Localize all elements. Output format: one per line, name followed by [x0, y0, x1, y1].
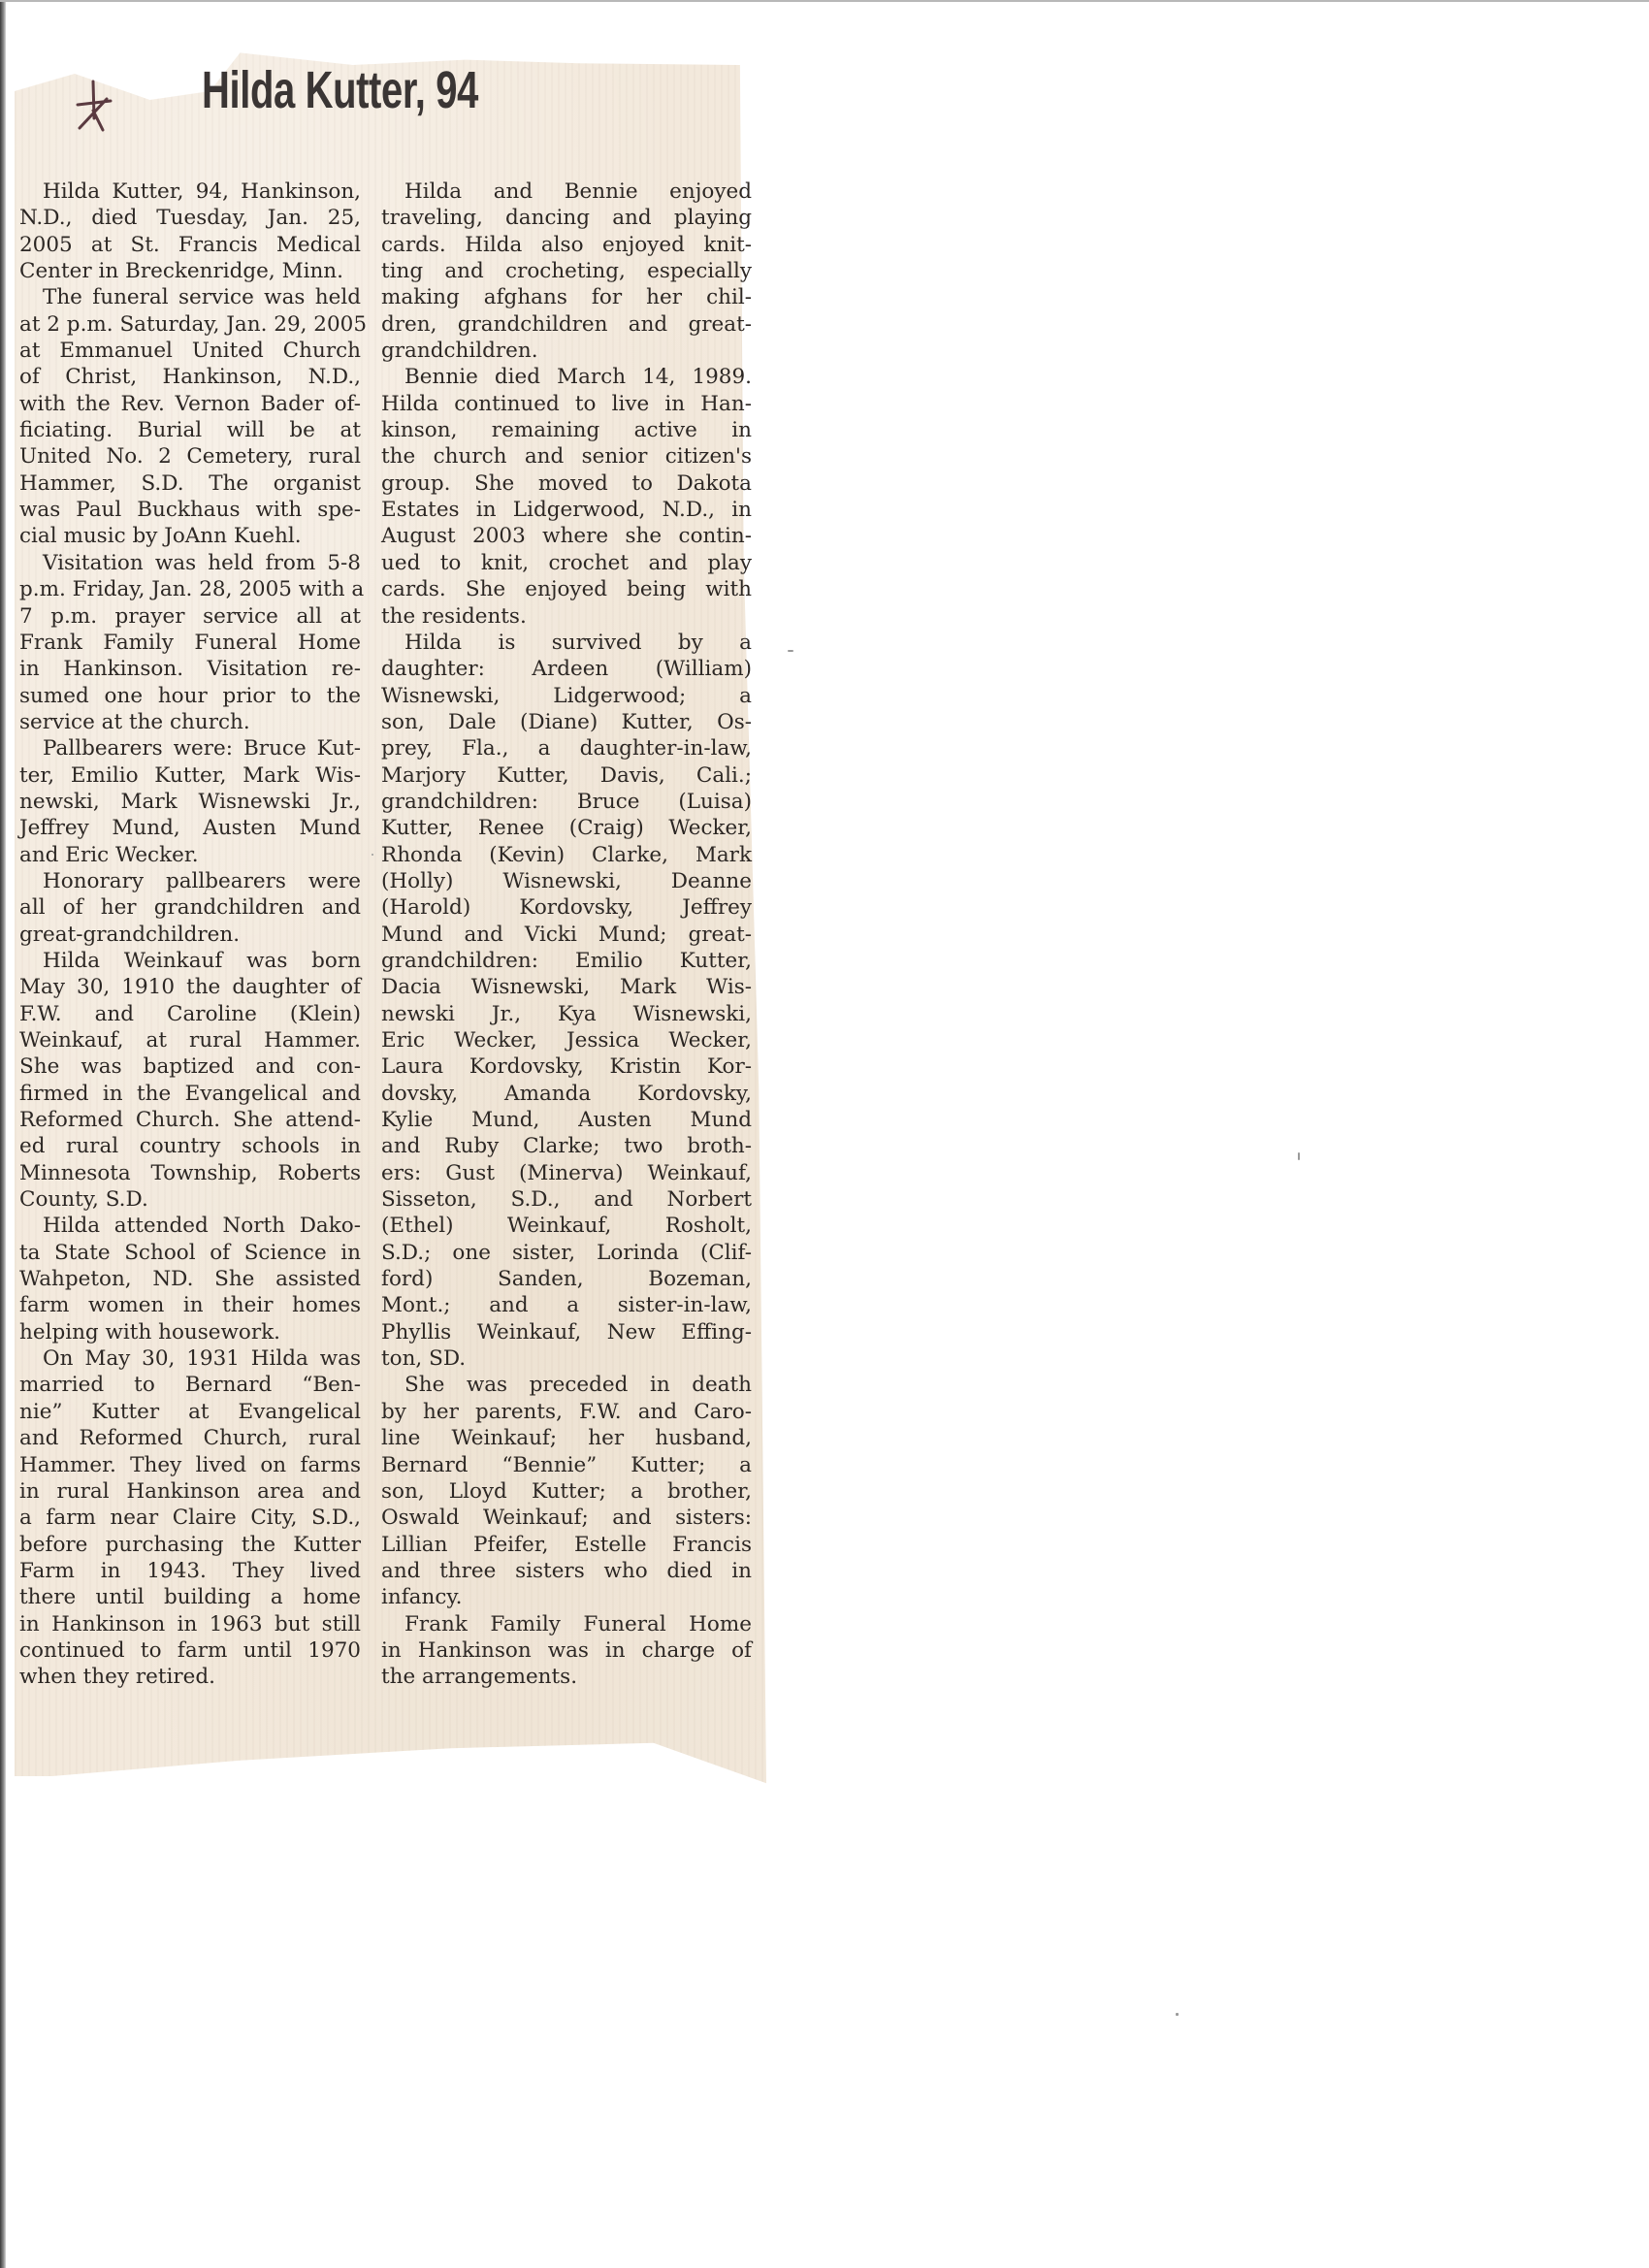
- text-line: son, Lloyd Kutter; a brother,: [381, 1478, 752, 1505]
- text-line: farm women in their homes: [19, 1292, 361, 1318]
- text-line: Pallbearers were: Bruce Kut-: [19, 735, 361, 761]
- text-line: Laura Kordovsky, Kristin Kor-: [381, 1053, 752, 1080]
- text-line: Oswald Weinkauf; and sisters:: [381, 1505, 752, 1531]
- text-line: Kutter, Renee (Craig) Wecker,: [381, 815, 752, 841]
- text-line: Bernard “Bennie” Kutter; a: [381, 1452, 752, 1478]
- scan-speck: [788, 650, 793, 652]
- text-line: Bennie died March 14, 1989.: [381, 364, 752, 390]
- text-line: Kylie Mund, Austen Mund: [381, 1107, 752, 1133]
- text-line: Hilda continued to live in Han-: [381, 391, 752, 417]
- text-line: dovsky, Amanda Kordovsky,: [381, 1081, 752, 1107]
- text-line: with the Rev. Vernon Bader of-: [19, 391, 361, 417]
- text-line: United No. 2 Cemetery, rural: [19, 443, 361, 470]
- text-line: making afghans for her chil-: [381, 284, 752, 310]
- text-line: ed rural country schools in: [19, 1133, 361, 1159]
- text-line: Marjory Kutter, Davis, Cali.;: [381, 762, 752, 789]
- scan-speck: [1176, 2013, 1179, 2016]
- text-line: Estates in Lidgerwood, N.D., in: [381, 497, 752, 523]
- text-line: prey, Fla., a daughter-in-law,: [381, 735, 752, 761]
- scan-edge-left: [0, 0, 6, 2268]
- text-line: ford) Sanden, Bozeman,: [381, 1266, 752, 1292]
- text-line: firmed in the Evangelical and: [19, 1081, 361, 1107]
- text-line: great-grandchildren.: [19, 922, 361, 948]
- text-line: cards. Hilda also enjoyed knit-: [381, 232, 752, 258]
- text-line: continued to farm until 1970: [19, 1637, 361, 1664]
- text-line: ued to knit, crochet and play: [381, 550, 752, 576]
- text-line: May 30, 1910 the daughter of: [19, 974, 361, 1000]
- text-line: and Eric Wecker.: [19, 842, 361, 868]
- text-line: grandchildren: Bruce (Luisa): [381, 789, 752, 815]
- text-line: Hilda Weinkauf was born: [19, 948, 361, 974]
- text-line: ton, SD.: [381, 1345, 752, 1372]
- text-line: She was baptized and con-: [19, 1053, 361, 1080]
- text-line: in Hankinson was in charge of: [381, 1637, 752, 1664]
- text-line: newski, Mark Wisnewski Jr.,: [19, 789, 361, 815]
- text-line: Phyllis Weinkauf, New Effing-: [381, 1319, 752, 1345]
- text-line: cial music by JoAnn Kuehl.: [19, 523, 361, 549]
- text-line: Hammer. They lived on farms: [19, 1452, 361, 1478]
- text-line: group. She moved to Dakota: [381, 470, 752, 497]
- text-line: Center in Breckenridge, Minn.: [19, 258, 361, 284]
- text-line: Hammer, S.D. The organist: [19, 470, 361, 497]
- handwritten-star-icon: [70, 80, 116, 134]
- text-line: son, Dale (Diane) Kutter, Os-: [381, 709, 752, 735]
- text-line: and Reformed Church, rural: [19, 1425, 361, 1451]
- text-line: Frank Family Funeral Home: [19, 630, 361, 656]
- text-line: a farm near Claire City, S.D.,: [19, 1505, 361, 1531]
- text-line: Visitation was held from 5-8: [19, 550, 361, 576]
- text-line: helping with housework.: [19, 1319, 361, 1345]
- text-line: Sisseton, S.D., and Norbert: [381, 1186, 752, 1213]
- text-line: She was preceded in death: [381, 1372, 752, 1398]
- text-line: Dacia Wisnewski, Mark Wis-: [381, 974, 752, 1000]
- text-line: Mont.; and a sister-in-law,: [381, 1292, 752, 1318]
- text-line: Hilda and Bennie enjoyed: [381, 178, 752, 205]
- text-line: p.m. Friday, Jan. 28, 2005 with a: [19, 576, 361, 602]
- obituary-column-2: Hilda and Bennie enjoyedtraveling, danci…: [381, 178, 752, 1691]
- text-line: On May 30, 1931 Hilda was: [19, 1345, 361, 1372]
- text-line: 2005 at St. Francis Medical: [19, 232, 361, 258]
- text-line: nie” Kutter at Evangelical: [19, 1399, 361, 1425]
- text-line: at Emmanuel United Church: [19, 338, 361, 364]
- text-line: all of her grandchildren and: [19, 894, 361, 921]
- text-line: Honorary pallbearers were: [19, 868, 361, 894]
- text-line: Eric Wecker, Jessica Wecker,: [381, 1027, 752, 1053]
- text-line: 7 p.m. prayer service all at: [19, 603, 361, 630]
- text-line: (Holly) Wisnewski, Deanne: [381, 868, 752, 894]
- text-line: (Harold) Kordovsky, Jeffrey: [381, 894, 752, 921]
- scan-speck: [372, 854, 373, 856]
- text-line: (Ethel) Weinkauf, Rosholt,: [381, 1213, 752, 1239]
- text-line: by her parents, F.W. and Caro-: [381, 1399, 752, 1425]
- text-line: daughter: Ardeen (William): [381, 656, 752, 682]
- text-line: Hilda Kutter, 94, Hankinson,: [19, 178, 361, 205]
- text-line: Wahpeton, ND. She assisted: [19, 1266, 361, 1292]
- text-line: there until building a home: [19, 1584, 361, 1610]
- text-line: Lillian Pfeifer, Estelle Francis: [381, 1532, 752, 1558]
- text-line: ta State School of Science in: [19, 1240, 361, 1266]
- text-line: Rhonda (Kevin) Clarke, Mark: [381, 842, 752, 868]
- text-line: grandchildren: Emilio Kutter,: [381, 948, 752, 974]
- text-line: County, S.D.: [19, 1186, 361, 1213]
- text-line: ers: Gust (Minerva) Weinkauf,: [381, 1160, 752, 1186]
- obituary-column-1: Hilda Kutter, 94, Hankinson,N.D., died T…: [19, 178, 361, 1691]
- text-line: Frank Family Funeral Home: [381, 1611, 752, 1637]
- text-line: when they retired.: [19, 1664, 361, 1690]
- text-line: line Weinkauf; her husband,: [381, 1425, 752, 1451]
- text-line: was Paul Buckhaus with spe-: [19, 497, 361, 523]
- text-line: in Hankinson. Visitation re-: [19, 656, 361, 682]
- text-line: ficiating. Burial will be at: [19, 417, 361, 443]
- text-line: Weinkauf, at rural Hammer.: [19, 1027, 361, 1053]
- scan-edge-top: [0, 0, 1649, 2]
- text-line: of Christ, Hankinson, N.D.,: [19, 364, 361, 390]
- text-line: Jeffrey Mund, Austen Mund: [19, 815, 361, 841]
- text-line: married to Bernard “Ben-: [19, 1372, 361, 1398]
- text-line: Hilda is survived by a: [381, 630, 752, 656]
- text-line: cards. She enjoyed being with: [381, 576, 752, 602]
- text-line: at 2 p.m. Saturday, Jan. 29, 2005: [19, 311, 361, 338]
- text-line: kinson, remaining active in: [381, 417, 752, 443]
- text-line: newski Jr., Kya Wisnewski,: [381, 1001, 752, 1027]
- text-line: S.D.; one sister, Lorinda (Clif-: [381, 1240, 752, 1266]
- text-line: sumed one hour prior to the: [19, 683, 361, 709]
- text-line: before purchasing the Kutter: [19, 1532, 361, 1558]
- obituary-headline: Hilda Kutter, 94: [202, 60, 478, 120]
- text-line: grandchildren.: [381, 338, 752, 364]
- text-line: Farm in 1943. They lived: [19, 1558, 361, 1584]
- text-line: F.W. and Caroline (Klein): [19, 1001, 361, 1027]
- scan-speck: [1298, 1152, 1300, 1160]
- text-line: and three sisters who died in: [381, 1558, 752, 1584]
- text-line: Minnesota Township, Roberts: [19, 1160, 361, 1186]
- text-line: Reformed Church. She attend-: [19, 1107, 361, 1133]
- text-line: ter, Emilio Kutter, Mark Wis-: [19, 762, 361, 789]
- text-line: August 2003 where she contin-: [381, 523, 752, 549]
- text-line: ting and crocheting, especially: [381, 258, 752, 284]
- text-line: Wisnewski, Lidgerwood; a: [381, 683, 752, 709]
- text-line: Mund and Vicki Mund; great-: [381, 922, 752, 948]
- text-line: The funeral service was held: [19, 284, 361, 310]
- text-line: in Hankinson in 1963 but still: [19, 1611, 361, 1637]
- text-line: N.D., died Tuesday, Jan. 25,: [19, 205, 361, 231]
- text-line: service at the church.: [19, 709, 361, 735]
- text-line: Hilda attended North Dako-: [19, 1213, 361, 1239]
- text-line: in rural Hankinson area and: [19, 1478, 361, 1505]
- text-line: the church and senior citizen's: [381, 443, 752, 470]
- text-line: the residents.: [381, 603, 752, 630]
- text-line: traveling, dancing and playing: [381, 205, 752, 231]
- text-line: and Ruby Clarke; two broth-: [381, 1133, 752, 1159]
- text-line: infancy.: [381, 1584, 752, 1610]
- text-line: the arrangements.: [381, 1664, 752, 1690]
- text-line: dren, grandchildren and great-: [381, 311, 752, 338]
